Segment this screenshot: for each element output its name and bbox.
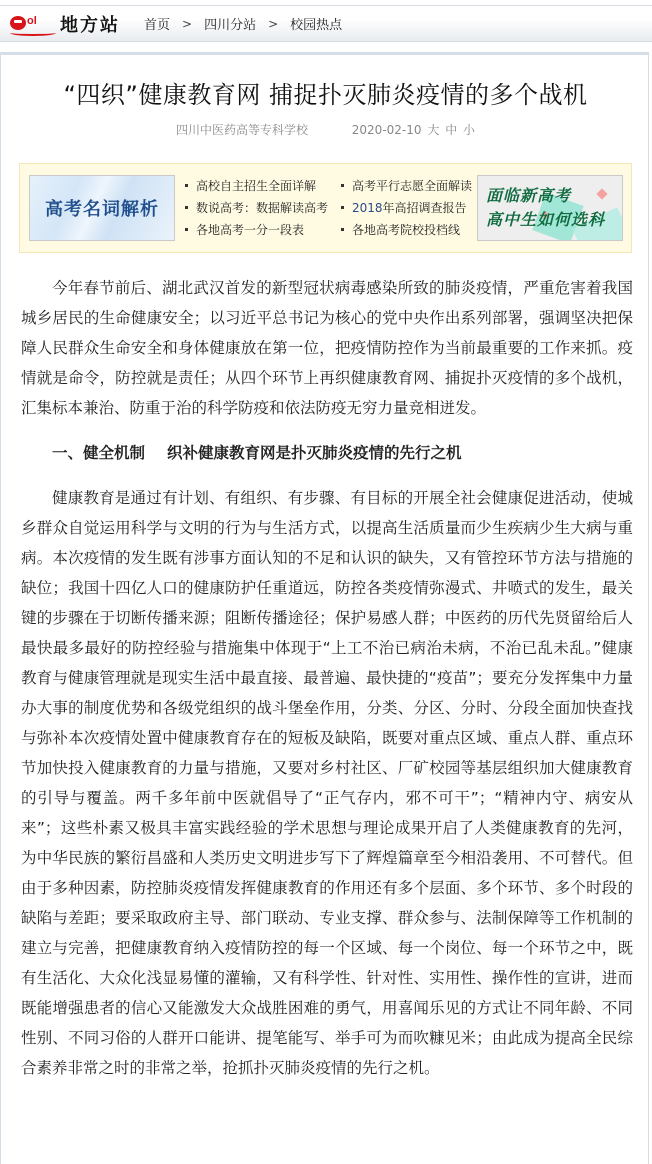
site-logo[interactable]: ol 地方站	[8, 6, 120, 41]
breadcrumb-separator-icon: >	[268, 17, 278, 31]
font-size-medium-button[interactable]: 中	[445, 123, 457, 137]
ad-link[interactable]: 高考平行志愿全面解读	[341, 175, 472, 197]
article-paragraph: 健康教育是通过有计划、有组织、有步骤、有目标的开展全社会健康促进活动，使城乡群众…	[21, 483, 633, 1083]
breadcrumb-campus-news[interactable]: 校园热点	[290, 14, 342, 33]
ad-link[interactable]: 高校自主招生全面详解	[185, 175, 328, 197]
bullet-icon	[185, 206, 188, 209]
article-body: 今年春节前后、湖北武汉首发的新型冠状病毒感染所致的肺炎疫情，严重危害着我国城乡居…	[21, 273, 633, 1098]
bullet-icon	[341, 228, 344, 231]
section-heading: 一、健全机制织补健康教育网是扑灭肺炎疫情的先行之机	[21, 438, 633, 468]
eol-logo-icon: ol	[8, 11, 56, 37]
breadcrumb-home[interactable]: 首页	[144, 14, 170, 33]
bullet-icon	[185, 184, 188, 187]
ad-link[interactable]: 各地高考院校投档线	[341, 219, 472, 241]
breadcrumb-separator-icon: >	[182, 17, 192, 31]
font-size-small-button[interactable]: 小	[463, 123, 475, 137]
bullet-icon	[341, 206, 344, 209]
ad-link[interactable]: 2018年高招调查报告	[341, 197, 472, 219]
subject-selection-ad-image[interactable]: 面临新高考高中生如何选科	[477, 175, 623, 241]
article-meta: 四川中医药高等专科学校 2020-02-10 大 中 小	[1, 121, 650, 138]
article-container: “四织”健康教育网 捕捉扑灭肺炎疫情的多个战机 四川中医药高等专科学校 2020…	[0, 52, 649, 1164]
gaokao-glossary-ad-image[interactable]: 高考名词解析	[29, 175, 175, 241]
breadcrumb: 首页 > 四川分站 > 校园热点	[144, 14, 342, 33]
ad-links-column-1: 高校自主招生全面详解 数说高考：数据解读高考 各地高考一分一段表	[185, 175, 328, 241]
article-paragraph: 今年春节前后、湖北武汉首发的新型冠状病毒感染所致的肺炎疫情，严重危害着我国城乡居…	[21, 273, 633, 423]
ad-links-column-2: 高考平行志愿全面解读 2018年高招调查报告 各地高考院校投档线	[341, 175, 472, 241]
font-size-large-button[interactable]: 大	[427, 123, 439, 137]
ad-link[interactable]: 各地高考一分一段表	[185, 219, 328, 241]
bullet-icon	[341, 184, 344, 187]
top-nav-bar: ol 地方站 首页 > 四川分站 > 校园热点	[0, 5, 652, 42]
article-date: 2020-02-10	[352, 123, 422, 137]
site-name: 地方站	[60, 11, 120, 37]
bullet-icon	[185, 228, 188, 231]
article-source: 四川中医药高等专科学校	[176, 123, 308, 137]
article-title: “四织”健康教育网 捕捉扑灭肺炎疫情的多个战机	[1, 75, 650, 110]
breadcrumb-sichuan[interactable]: 四川分站	[204, 14, 256, 33]
ad-link[interactable]: 数说高考：数据解读高考	[185, 197, 328, 219]
gaokao-ad-banner: 高考名词解析 高校自主招生全面详解 数说高考：数据解读高考 各地高考一分一段表 …	[19, 163, 632, 253]
